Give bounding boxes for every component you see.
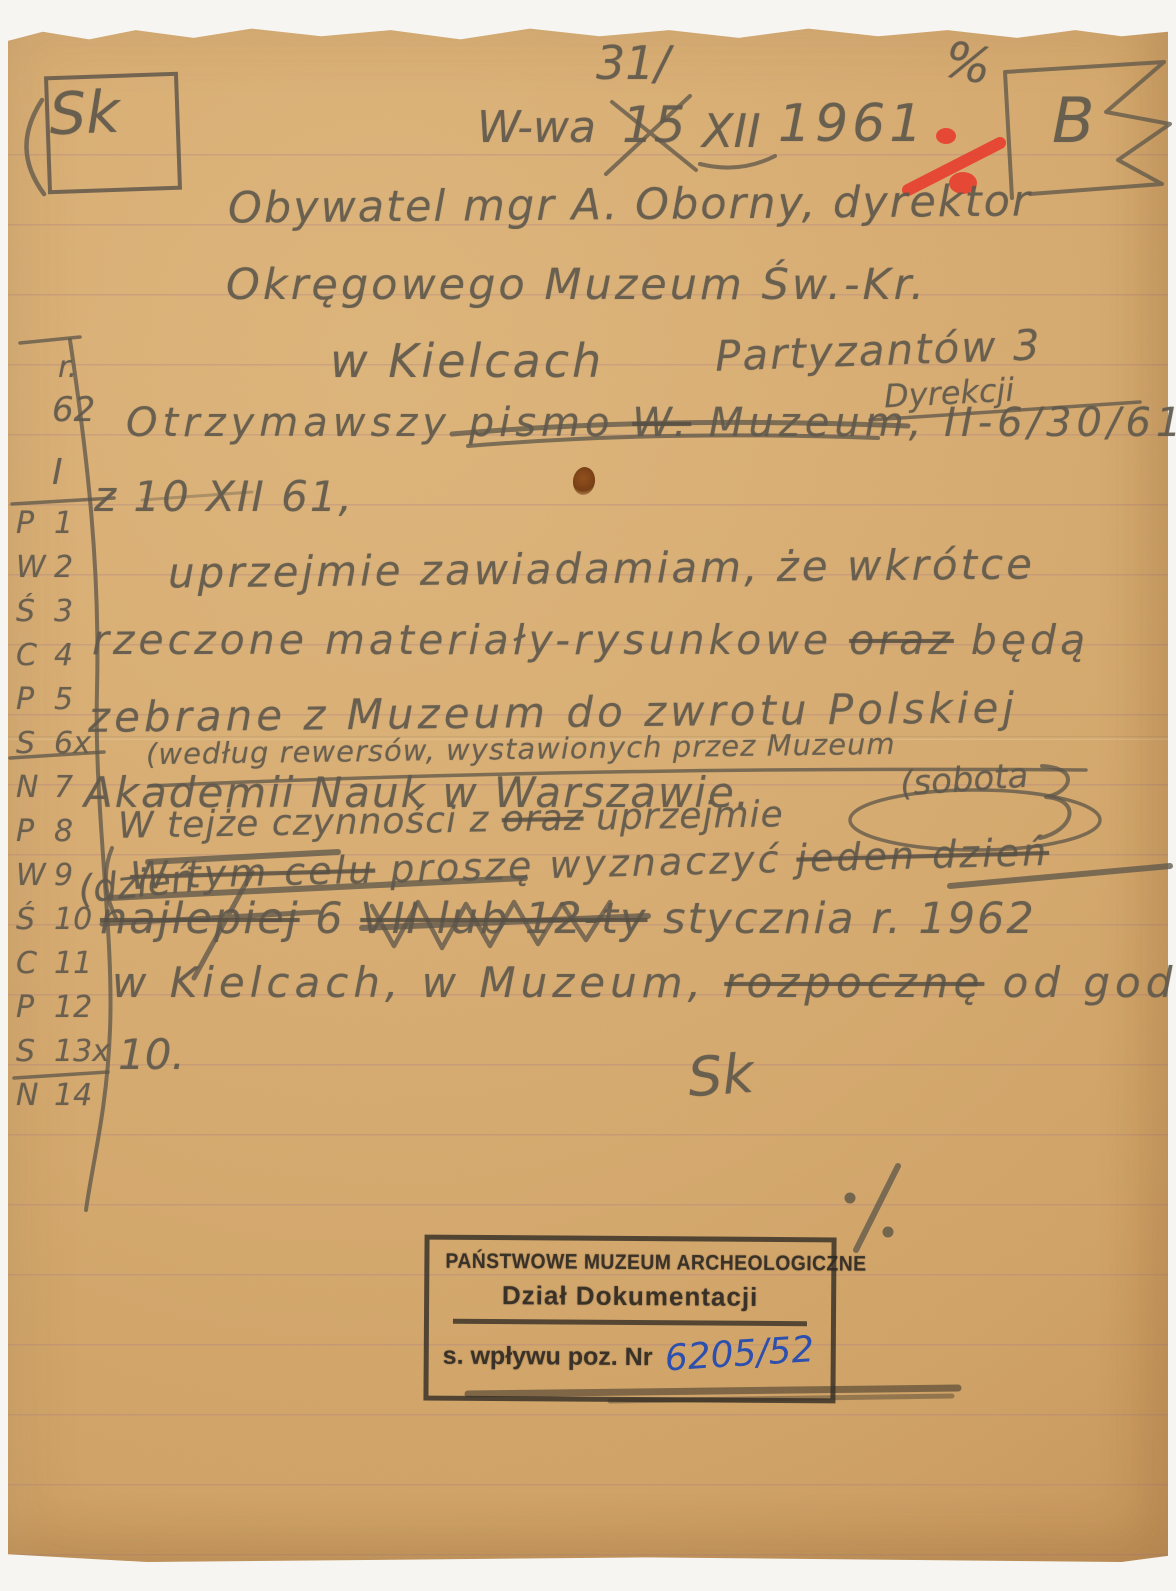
margin-day-row: P1	[16, 506, 126, 550]
margin-day-row: W2	[16, 550, 126, 594]
margin-day-list: P1W2Ś3C4P5S6xN7P8W9Ś10C11P12S13xN14	[16, 506, 126, 1122]
scanned-letter: Sk 31/ W-wa 15 XII 1961 % B Obywatel mgr…	[0, 0, 1176, 1591]
margin-day-row: S6x	[16, 726, 126, 770]
signature: Sk	[686, 1042, 756, 1109]
margin-day-row: N7	[16, 770, 126, 814]
body-line-11: 10.	[118, 1030, 185, 1079]
date-day-struck: 15	[622, 96, 686, 154]
address-line-2: Okręgowego Muzeum Św.-Kr.	[226, 260, 927, 310]
address-line-1: Obywatel mgr A. Oborny, dyrektor	[228, 176, 1032, 233]
margin-month: I	[52, 452, 63, 493]
stamp-department: Dział Dokumentacji	[429, 1280, 831, 1314]
margin-day-row: P12	[16, 990, 126, 1034]
margin-day-row: P8	[16, 814, 126, 858]
flag-letter-b: B	[1052, 84, 1095, 157]
body-line-4: rzeczone materiały-rysunkowe oraz będą	[92, 616, 1089, 664]
margin-year-label: r.	[58, 350, 77, 385]
stamp-rule	[453, 1319, 807, 1326]
margin-day-row: P5	[16, 682, 126, 726]
margin-day-row: Ś3	[16, 594, 126, 638]
margin-day-row: C4	[16, 638, 126, 682]
margin-day-row: N14	[16, 1078, 126, 1122]
body-line-1: Otrzymawszy pismo W. Muzeum, II-6/30/61	[126, 400, 1176, 446]
date-year: 1961	[778, 94, 926, 154]
corner-initials-box: Sk	[44, 72, 182, 195]
body-line-3: uprzejmie zawiadamiam, że wkrótce	[168, 539, 1035, 597]
date-day-corrected: 31/	[596, 36, 670, 90]
museum-stamp: PAŃSTWOWE MUZEUM ARCHEOLOGICZNE Dział Do…	[423, 1235, 836, 1404]
stamp-entry-number: 6205/52	[663, 1329, 815, 1379]
address-city: w Kielcach	[330, 334, 604, 388]
body-line-9: najlepiej 6 VII lub 12-ty stycznia r. 19…	[100, 894, 1036, 944]
corner-initials: Sk	[48, 78, 121, 148]
date-month: XII	[702, 104, 761, 158]
date-place: W-wa	[477, 102, 596, 153]
ink-stain	[571, 466, 597, 497]
stamp-entry-label: s. wpływu poz. Nr	[443, 1342, 653, 1372]
margin-year: 62	[52, 390, 95, 430]
body-line-2: z 10 XII 61,	[94, 472, 354, 521]
body-line-10: w Kielcach, w Muzeum, rozpocznę od godz.	[112, 958, 1176, 1007]
margin-day-row: Ś10	[16, 902, 126, 946]
margin-day-row: W9	[16, 858, 126, 902]
margin-day-row: C11	[16, 946, 126, 990]
stamp-entry-row: s. wpływu poz. Nr 6205/52	[443, 1332, 831, 1376]
margin-day-row: S13x	[16, 1034, 126, 1078]
stamp-institution: PAŃSTWOWE MUZEUM ARCHEOLOGICZNE	[445, 1250, 815, 1277]
